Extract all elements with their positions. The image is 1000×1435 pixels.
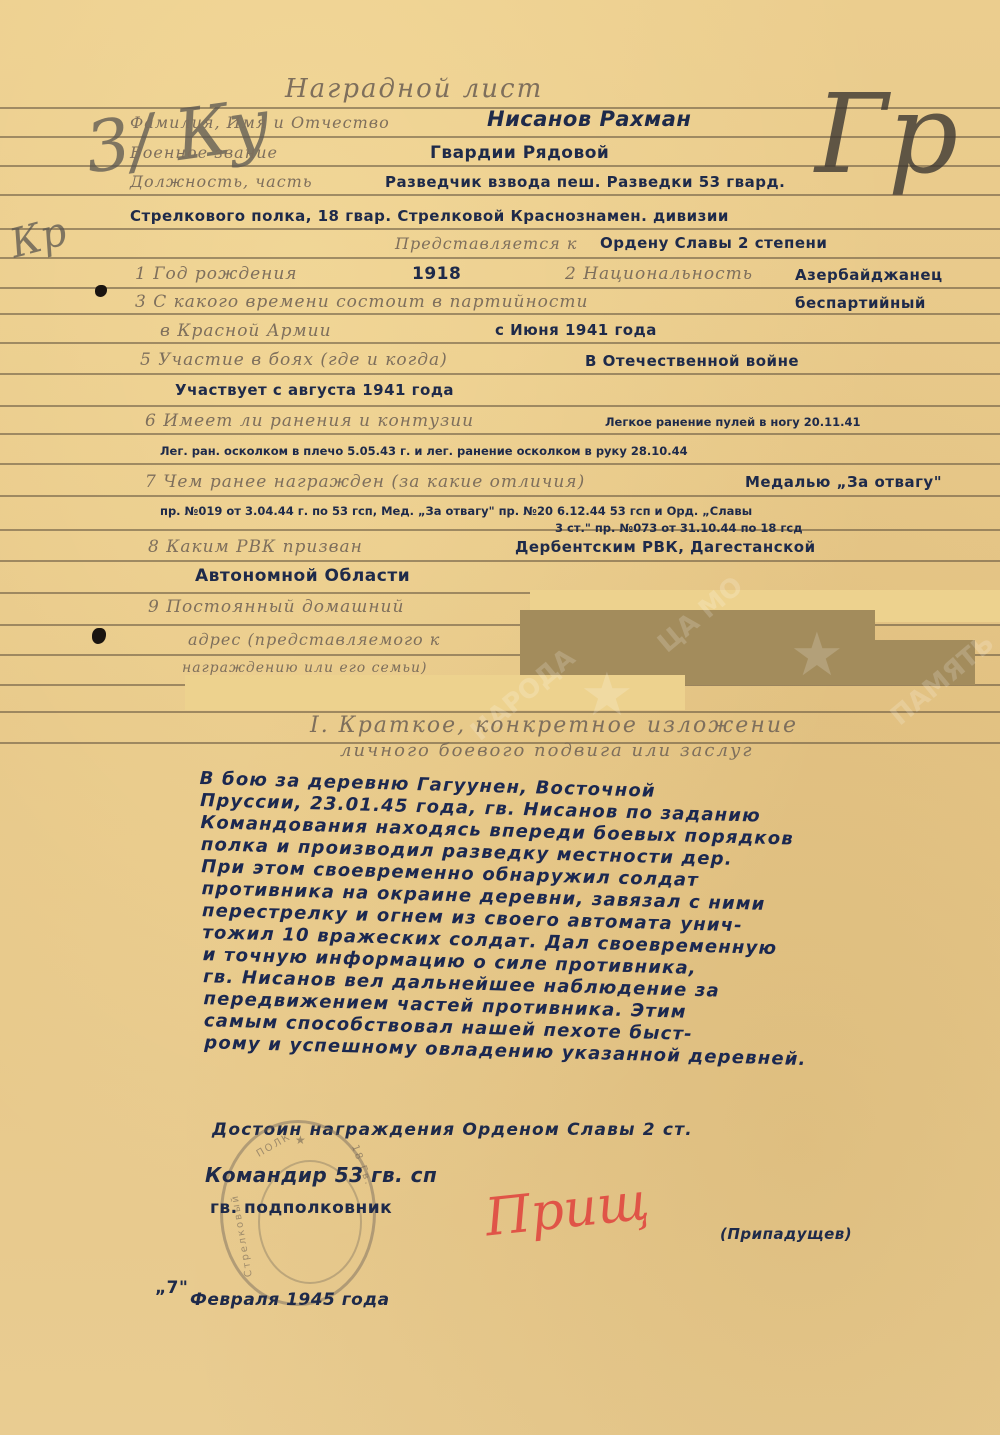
red-signature: Прищ (482, 1172, 652, 1249)
ruled-line (0, 287, 1000, 289)
commander-rank: гв. подполковник (210, 1198, 392, 1218)
name-label: Фамилия, Имя и Отчество (130, 113, 390, 132)
wounds-label: 6 Имеет ли ранения и контузии (145, 411, 474, 431)
army-value: с Июня 1941 года (495, 321, 657, 339)
name-value: Нисанов Рахман (487, 107, 691, 131)
party-label: 3 С какого времени состоит в партийности (135, 292, 589, 312)
feat-description: В бою за деревню Гагуунен, ВосточнойПрус… (192, 768, 990, 1076)
wounds-value: Легкое ранение пулей в ногу 20.11.41 (605, 415, 861, 429)
awards-label: 7 Чем ранее награжден (за какие отличия) (145, 472, 585, 492)
battles-label: 5 Участие в боях (где и когда) (140, 350, 448, 370)
army-label: в Красной Армии (160, 321, 332, 341)
position-value: Разведчик взвода пеш. Разведки 53 гвард. (385, 173, 785, 191)
address-label: награждению или его семьи) (182, 660, 428, 676)
battles-value: Участвует с августа 1941 года (175, 381, 454, 399)
nominated-label: Представляется к (395, 234, 577, 253)
nationality-label: 2 Национальность (565, 264, 753, 284)
date-month-year: Февраля 1945 года (190, 1290, 390, 1310)
position-label: Должность, часть (130, 172, 313, 191)
date-day: „7" (155, 1278, 188, 1298)
feat-heading: I. Краткое, конкретное изложение (310, 713, 798, 738)
rvk-value: Дербентским РВК, Дагестанской (515, 538, 816, 556)
ruled-line (0, 313, 1000, 315)
stamp-star-icon: ★ (295, 1133, 308, 1147)
awards-value: пр. №019 от 3.04.44 г. по 53 гсп, Мед. „… (160, 504, 752, 518)
ruled-line (0, 529, 1000, 531)
awards-value: Медалью „За отвагу" (745, 473, 942, 491)
ruled-line (0, 405, 1000, 407)
wounds-value: Лег. ран. осколком в плечо 5.05.43 г. и … (160, 444, 688, 458)
paper-hole (95, 285, 107, 297)
ruled-line (0, 228, 1000, 230)
ruled-line (0, 257, 1000, 259)
paper-hole (92, 628, 106, 644)
rvk-value: Автономной Области (195, 566, 410, 586)
award-sheet-page: Наградной лист 3/ Ку Кр Гр Фамилия, Имя … (0, 0, 1000, 1435)
rvk-label: 8 Каким РВК призван (148, 537, 363, 557)
ruled-line (0, 342, 1000, 344)
birth-year-value: 1918 (412, 264, 461, 284)
feat-heading: личного боевого подвига или заслуг (340, 740, 754, 761)
address-label: адрес (представляемого к (188, 630, 440, 649)
battles-value: В Отечественной войне (585, 352, 799, 370)
party-value: беспартийный (795, 294, 926, 312)
ruled-line (0, 463, 1000, 465)
rank-label: Военное звание (130, 143, 278, 162)
ruled-line (0, 560, 1000, 562)
rank-value: Гвардии Рядовой (430, 143, 609, 163)
commander-title: Командир 53 гв. сп (205, 1163, 437, 1187)
ruled-line (0, 373, 1000, 375)
star-watermark-icon: ★ (790, 620, 844, 690)
document-title: Наградной лист (285, 74, 543, 104)
birth-year-label: 1 Год рождения (135, 264, 298, 284)
position-value: Стрелкового полка, 18 гвар. Стрелковой К… (130, 207, 729, 225)
commander-name: (Припадущев) (720, 1225, 852, 1243)
resolution-mark: Гр (815, 70, 958, 198)
ruled-line (0, 495, 1000, 497)
ruled-line (0, 433, 1000, 435)
nominated-value: Ордену Славы 2 степени (600, 234, 827, 252)
awards-value: 3 ст." пр. №073 от 31.10.44 по 18 гсд (555, 521, 803, 535)
address-label: 9 Постоянный домашний (148, 597, 404, 617)
nationality-value: Азербайджанец (795, 266, 943, 284)
